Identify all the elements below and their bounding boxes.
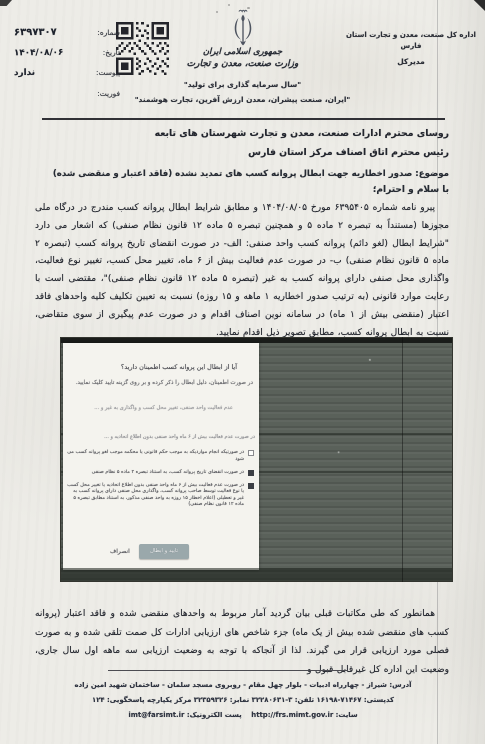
letter-body: روسای محترم ادارات صنعت، معدن و تجارت شه… <box>35 124 449 354</box>
recipient-line-1: روسای محترم ادارات صنعت، معدن و تجارت شه… <box>35 124 449 143</box>
dialog-hint-text: در صورت عدم فعالیت بیش از ۶ ماه واحد صنف… <box>65 434 255 440</box>
scan-artifact-corner <box>0 0 12 6</box>
footer-address: آدرس: شیراز - چهارراه ادبیات - بلوار چهل… <box>62 678 424 693</box>
checkbox-row: در صورتیکه انجام مواردیکه به موجب حکم قا… <box>67 449 254 462</box>
dialog-title: آیا از ابطال این پروانه کسب اطمینان داری… <box>71 363 237 371</box>
qr-code <box>116 22 169 75</box>
country-name: جمهوری اسلامی ایران <box>163 47 323 58</box>
checkbox-row: در صورت عدم فعالیت بیش از ۶ ماه واحد صنف… <box>67 482 254 508</box>
scan-speckle <box>228 4 230 6</box>
meta-date-row: تاریخ: ۱۴۰۴/۰۸/۰۶ <box>14 48 120 60</box>
office-role: مدیرکل <box>345 56 477 67</box>
checkbox-label: در صورتیکه انجام مواردیکه به موجب حکم قا… <box>67 449 244 462</box>
attachment-value: ندارد <box>14 68 35 78</box>
site-url: http://frs.mimt.gov.ir <box>251 711 333 719</box>
scan-speckle <box>216 11 218 13</box>
dialog-reason-text: عدم فعالیت واحد صنفی، تغییر محل کسب و وا… <box>71 405 233 411</box>
letter-footer: آدرس: شیراز - چهارراه ادبیات - بلوار چهل… <box>62 678 424 723</box>
dismiss-button: انصراف <box>110 548 130 555</box>
email-address: imt@farsimt.ir <box>128 711 184 719</box>
embedded-screenshot: آیا از ابطال این پروانه کسب اطمینان داری… <box>60 337 453 582</box>
site-label: سایت: <box>336 711 358 719</box>
issuing-office-block: اداره کل صنعت، معدن و تجارت استان فارس م… <box>345 30 477 67</box>
checkbox-icon <box>248 470 254 476</box>
header-divider <box>42 118 445 120</box>
office-name: اداره کل صنعت، معدن و تجارت استان فارس <box>345 30 477 52</box>
meta-number-row: شماره: ۶۳۹۷۳۰۷ <box>14 27 120 39</box>
fold-line <box>402 337 403 582</box>
closing-paragraph: همانطور که طی مکاتبات قبلی بیان گردید آم… <box>35 605 449 683</box>
meta-attachment-row: پیوست: ندارد <box>14 68 120 80</box>
letter-meta-block: شماره: ۶۳۹۷۳۰۷ تاریخ: ۱۴۰۴/۰۸/۰۶ پیوست: … <box>14 27 120 109</box>
scanned-official-letter: اداره کل صنعت، معدن و تجارت استان فارس م… <box>0 0 485 744</box>
email-label: پست الکترونیک: <box>187 711 242 719</box>
checkbox-icon <box>248 450 254 456</box>
checkbox-label: در صورت عدم فعالیت بیش از ۶ ماه واحد صنف… <box>67 482 244 508</box>
dialog-subtitle: در صورت اطمینان، دلیل ابطال را ذکر کرده … <box>67 380 253 387</box>
footer-contact-codes: کدپستی: ۷۱۴۶۷-۱۶۱۹۸ تلفن: ۳-۳۲۲۸۰۶۳۱ نما… <box>62 693 424 708</box>
meta-urgency-row: فوریت: <box>14 89 120 101</box>
checkbox-row: در صورت انقضای تاریخ پروانه کسب، به استن… <box>67 469 254 476</box>
urgency-label: فوریت: <box>97 89 120 98</box>
screenshot-bottom-bar <box>61 568 452 581</box>
date-value: ۱۴۰۴/۰۸/۰۶ <box>14 47 63 58</box>
number-value: ۶۳۹۷۳۰۷ <box>14 27 57 38</box>
date-label: تاریخ: <box>103 48 120 57</box>
iran-emblem-icon <box>228 9 258 51</box>
subject-line: موضوع: صدور اخطاریه جهت ابطال پروانه کسب… <box>35 166 449 182</box>
main-paragraph: پیرو نامه شماره ۶۳۹۵۴۰۵ مورخ ۱۴۰۴/۰۸/۰۵ … <box>35 200 449 345</box>
scan-artifact-corner <box>470 0 485 11</box>
cancellation-dialog: آیا از ابطال این پروانه کسب اطمینان داری… <box>63 343 259 570</box>
government-script-block: جمهوری اسلامی ایران وزارت صنعت، معدن و ت… <box>163 47 323 71</box>
footer-web-line: سایت: http://frs.mimt.gov.ir پست الکترون… <box>62 708 424 723</box>
dialog-checkbox-list: در صورتیکه انجام مواردیکه به موجب حکم قا… <box>67 449 254 508</box>
attachment-label: پیوست: <box>96 68 120 77</box>
confirm-cancel-license-button: تایید و ابطال <box>139 544 189 559</box>
footer-divider <box>108 670 348 671</box>
ministry-name: وزارت صنعت، معدن و تجارت <box>163 58 323 71</box>
salutation: با سلام و احترام؛ <box>35 182 449 199</box>
checkbox-label: در صورت انقضای تاریخ پروانه کسب، به استن… <box>92 469 244 476</box>
recipient-line-2: رئیس محترم اتاق اصناف مرکز استان فارس <box>35 143 449 162</box>
checkbox-icon <box>248 483 254 489</box>
number-label: شماره: <box>97 28 120 37</box>
